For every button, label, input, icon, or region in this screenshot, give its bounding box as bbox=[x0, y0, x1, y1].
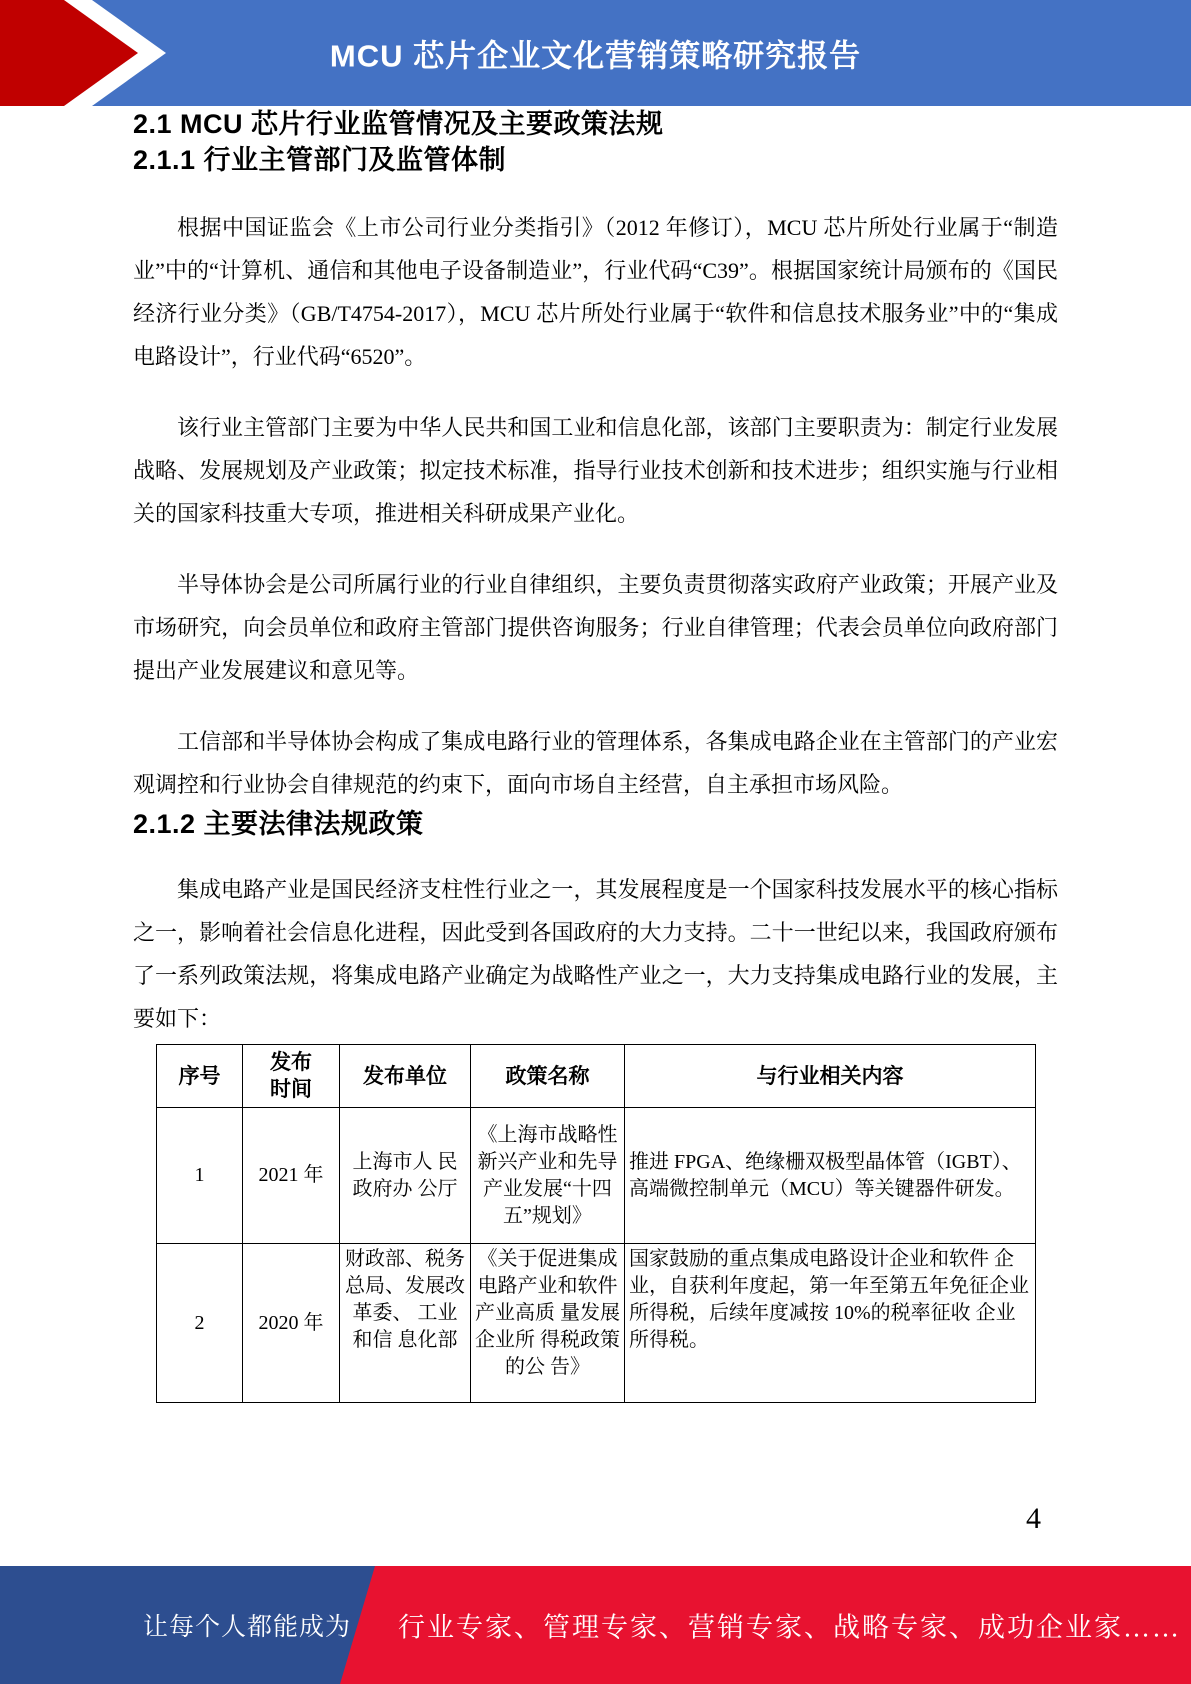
column-header-content: 与行业相关内容 bbox=[625, 1045, 1036, 1108]
report-title: MCU 芯片企业文化营销策略研究报告 bbox=[0, 31, 1191, 76]
footer-slogan-left: 让每个人都能成为 bbox=[143, 1607, 351, 1643]
paragraph-management-system: 工信部和半导体协会构成了集成电路行业的管理体系，各集成电路企业在主管部门的产业宏… bbox=[133, 720, 1058, 806]
footer-slogan-right: 行业专家、管理专家、营销专家、战略专家、成功企业家…… bbox=[398, 1606, 1181, 1645]
cell-content: 推进 FPGA、绝缘栅双极型晶体管（IGBT）、高端微控制单元（MCU）等关键器… bbox=[625, 1108, 1036, 1244]
cell-date: 2020 年 bbox=[243, 1244, 340, 1403]
paragraph-authority-duties: 该行业主管部门主要为中华人民共和国工业和信息化部，该部门主要职责为：制定行业发展… bbox=[133, 406, 1058, 535]
table-row-1: 1 2021 年 上海市人 民政府办 公厅 《上海市战略性新兴产业和先导产业发展… bbox=[157, 1108, 1036, 1244]
column-header-policy: 政策名称 bbox=[471, 1045, 625, 1108]
header-banner: MCU 芯片企业文化营销策略研究报告 bbox=[0, 0, 1191, 106]
cell-policy: 《上海市战略性新兴产业和先导产业发展“十四五”规划》 bbox=[471, 1108, 625, 1244]
cell-policy: 《关于促进集成电路产业和软件产业高质 量发展企业所 得税政策的公 告》 bbox=[471, 1244, 625, 1403]
cell-content: 国家鼓励的重点集成电路设计企业和软件 企业，自获利年度起，第一年至第五年免征企业… bbox=[625, 1244, 1036, 1403]
section-heading-2-1-2: 2.1.2 主要法律法规政策 bbox=[133, 806, 1058, 842]
column-header-issuer: 发布单位 bbox=[340, 1045, 471, 1108]
section-heading-2-1: 2.1 MCU 芯片行业监管情况及主要政策法规 bbox=[133, 106, 1058, 142]
cell-issuer: 上海市人 民政府办 公厅 bbox=[340, 1108, 471, 1244]
report-body: 2.1 MCU 芯片行业监管情况及主要政策法规 2.1.1 行业主管部门及监管体… bbox=[133, 106, 1058, 1403]
report-page: MCU 芯片企业文化营销策略研究报告 2.1 MCU 芯片行业监管情况及主要政策… bbox=[0, 0, 1191, 1684]
cell-issuer: 财政部、税务总局、发展改革委、 工业和信 息化部 bbox=[340, 1244, 471, 1403]
paragraph-industry-classification: 根据中国证监会《上市公司行业分类指引》（2012 年修订），MCU 芯片所处行业… bbox=[133, 206, 1058, 378]
paragraph-policy-intro: 集成电路产业是国民经济支柱性行业之一，其发展程度是一个国家科技发展水平的核心指标… bbox=[133, 868, 1058, 1040]
policy-table: 序号 发布 时间 发布单位 政策名称 与行业相关内容 1 2021 年 上海市人… bbox=[156, 1044, 1036, 1403]
cell-date: 2021 年 bbox=[243, 1108, 340, 1244]
cell-index: 2 bbox=[157, 1244, 243, 1403]
page-number: 4 bbox=[1026, 1502, 1041, 1536]
table-header-row: 序号 发布 时间 发布单位 政策名称 与行业相关内容 bbox=[157, 1045, 1036, 1108]
column-header-date: 发布 时间 bbox=[243, 1045, 340, 1108]
footer-banner: 让每个人都能成为 行业专家、管理专家、营销专家、战略专家、成功企业家…… bbox=[0, 1566, 1191, 1684]
paragraph-association-role: 半导体协会是公司所属行业的行业自律组织，主要负责贯彻落实政府产业政策；开展产业及… bbox=[133, 563, 1058, 692]
column-header-index: 序号 bbox=[157, 1045, 243, 1108]
cell-index: 1 bbox=[157, 1108, 243, 1244]
section-heading-2-1-1: 2.1.1 行业主管部门及监管体制 bbox=[133, 142, 1058, 178]
table-row-2: 2 2020 年 财政部、税务总局、发展改革委、 工业和信 息化部 《关于促进集… bbox=[157, 1244, 1036, 1403]
